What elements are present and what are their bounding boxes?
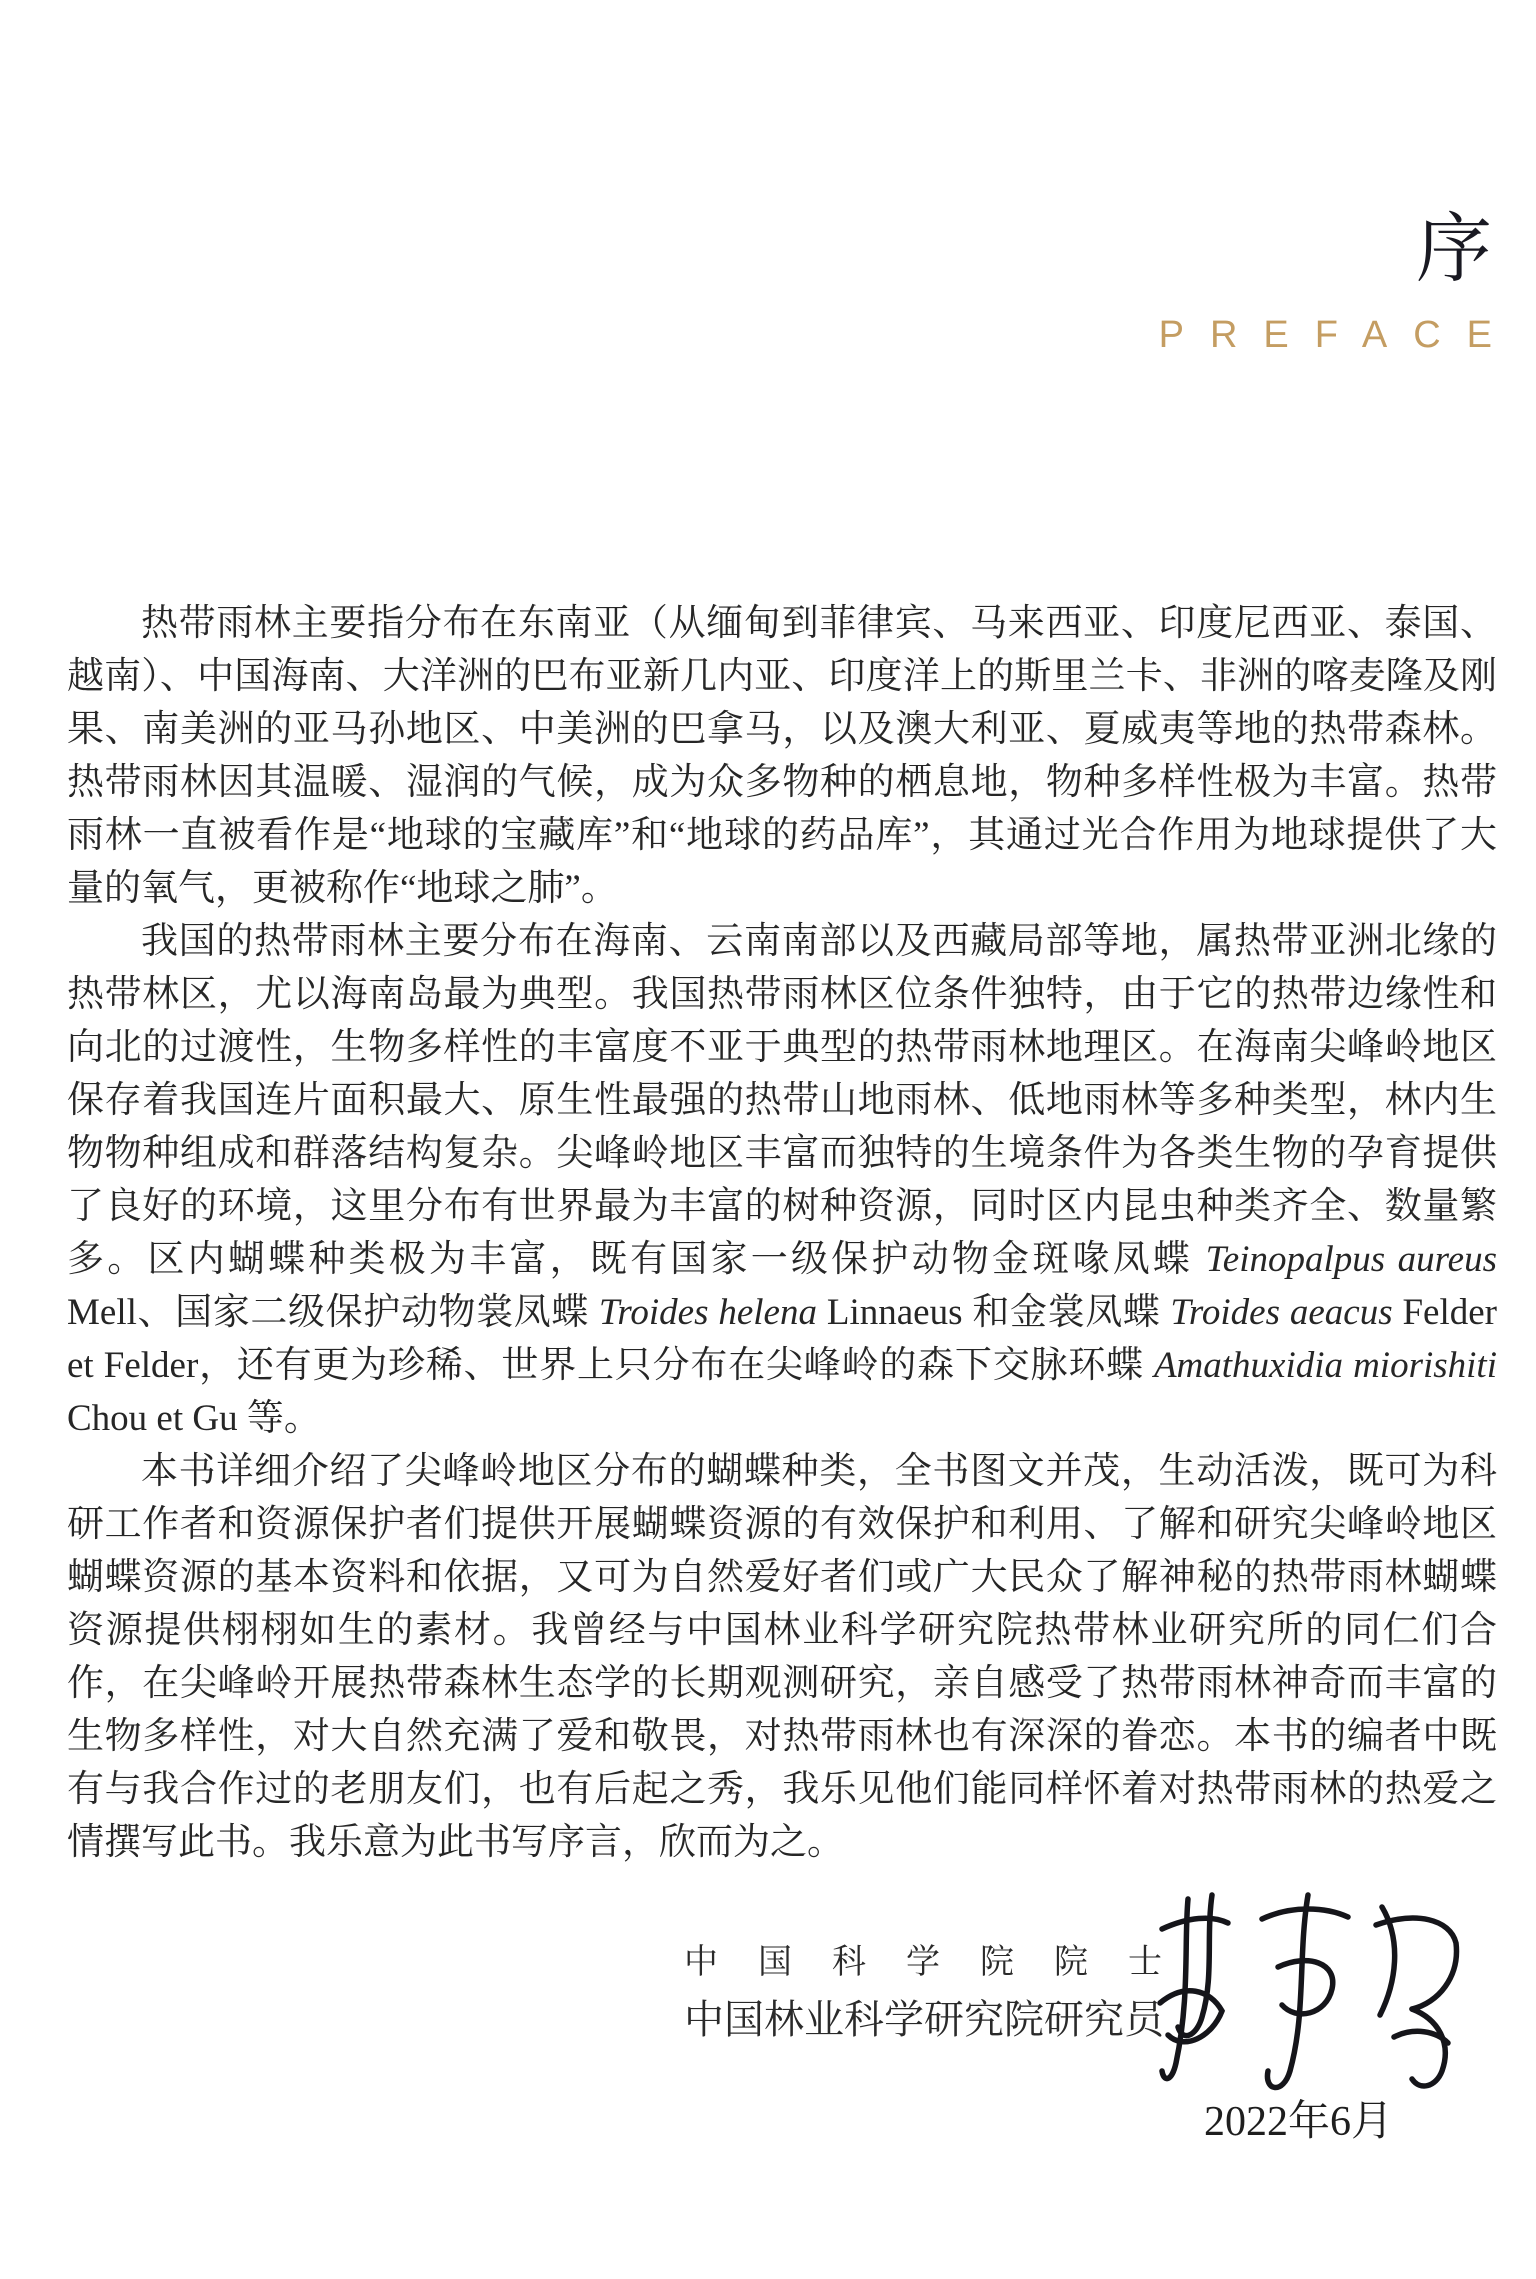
page-title-english: PREFACE (1159, 316, 1518, 354)
signature-date: 2022年6月 (1204, 2098, 1393, 2146)
preface-page: 序 PREFACE 热带雨林主要指分布在东南亚（从缅甸到菲律宾、马来西亚、印度尼… (0, 0, 1536, 2279)
signer-title-line2: 中国林业科学研究院研究员 (684, 1998, 1164, 2042)
species-name-italic: Amathuxidia miorishiti (1154, 1345, 1497, 1386)
paragraph-3: 本书详细介绍了尖峰岭地区分布的蝴蝶种类，全书图文并茂，生动活泼，既可为科研工作者… (67, 1445, 1497, 1869)
text-run: Chou et Gu 等。 (67, 1398, 321, 1439)
text-run: Linnaeus 和金裳凤蝶 (817, 1292, 1170, 1333)
signer-title-line1: 中国科学院院士 (684, 1944, 1202, 1982)
text-run: 我国的热带雨林主要分布在海南、云南南部以及西藏局部等地，属热带亚洲北缘的热带林区… (67, 921, 1497, 1280)
preface-body: 热带雨林主要指分布在东南亚（从缅甸到菲律宾、马来西亚、印度尼西亚、泰国、越南）、… (67, 597, 1497, 1869)
text-run: 本书详细介绍了尖峰岭地区分布的蝴蝶种类，全书图文并茂，生动活泼，既可为科研工作者… (67, 1451, 1497, 1863)
title-block: 序 PREFACE (1159, 212, 1492, 354)
handwritten-signature (1150, 1885, 1460, 2105)
text-run: Mell、国家二级保护动物裳凤蝶 (67, 1292, 599, 1333)
paragraph-1: 热带雨林主要指分布在东南亚（从缅甸到菲律宾、马来西亚、印度尼西亚、泰国、越南）、… (67, 597, 1497, 915)
page-title-chinese: 序 (1159, 212, 1492, 288)
paragraph-2: 我国的热带雨林主要分布在海南、云南南部以及西藏局部等地，属热带亚洲北缘的热带林区… (67, 915, 1497, 1445)
species-name-italic: Troides aeacus (1170, 1292, 1392, 1333)
text-run: 热带雨林主要指分布在东南亚（从缅甸到菲律宾、马来西亚、印度尼西亚、泰国、越南）、… (67, 603, 1497, 909)
species-name-italic: Troides helena (599, 1292, 817, 1333)
species-name-italic: Teinopalpus aureus (1206, 1239, 1497, 1280)
